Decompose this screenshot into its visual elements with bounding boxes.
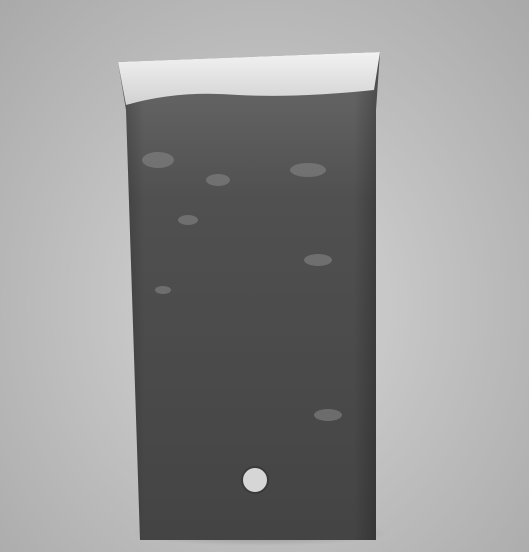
blade-body-shade (118, 52, 380, 540)
photograph (0, 0, 529, 552)
jade-blade (118, 50, 380, 540)
drilled-hole (242, 467, 268, 493)
